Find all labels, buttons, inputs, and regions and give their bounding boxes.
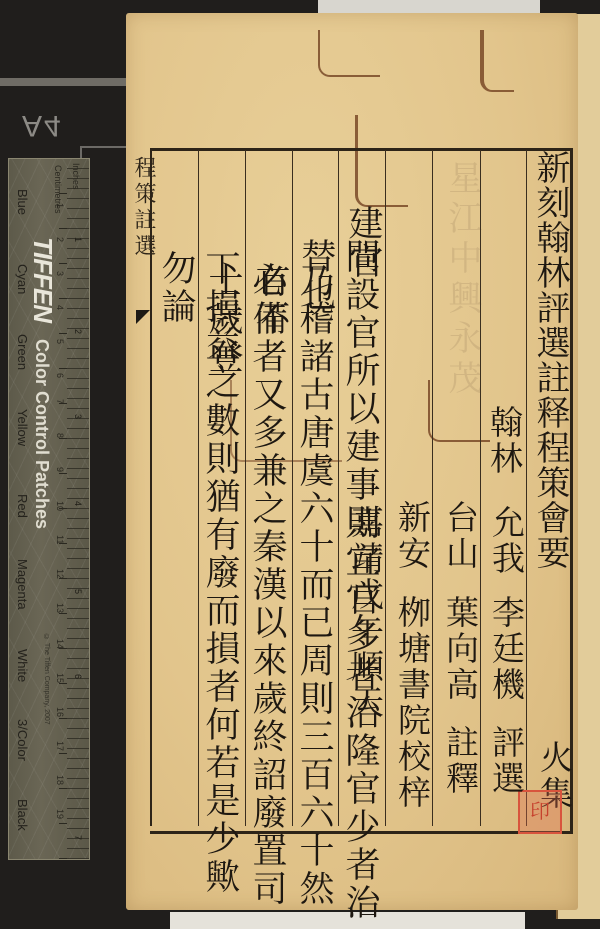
fold-edge-label: 程策註選: [128, 156, 159, 260]
publisher-place: 新安: [390, 500, 434, 572]
a4-label: A4: [22, 108, 63, 142]
cm-tick-19: 19: [55, 809, 65, 819]
cm-tick-9: 9: [55, 467, 65, 472]
patch-label-cyan: Cyan: [15, 264, 30, 294]
cm-tick-5: 5: [55, 339, 65, 344]
cm-tick-16: 16: [55, 707, 65, 717]
cm-tick-17: 17: [55, 741, 65, 751]
worm-damage: [480, 30, 514, 92]
cm-tick-14: 14: [55, 639, 65, 649]
annotator-courtesy-name: 台山: [438, 500, 482, 572]
inch-tick-3: 3: [73, 414, 83, 419]
tiffen-logo: TIFFEN: [27, 237, 58, 322]
patch-label-black: Black: [15, 799, 30, 831]
fish-tail-mark: [136, 310, 150, 324]
cm-tick-4: 4: [55, 305, 65, 310]
inch-tick-1: 1: [73, 237, 83, 242]
cm-tick-12: 12: [55, 569, 65, 579]
book-title: 新刻翰林評選註释程策會要: [528, 150, 572, 570]
inch-tick-5: 5: [73, 589, 83, 594]
inch-tick-4: 4: [73, 501, 83, 506]
cm-tick-7: 7: [55, 399, 65, 404]
cm-tick-1: 1: [55, 203, 65, 208]
cm-tick-13: 13: [55, 603, 65, 613]
cm-tick-10: 10: [55, 501, 65, 511]
editor-courtesy-name: 允我: [484, 505, 528, 577]
inch-unit-label: Inches: [71, 163, 81, 190]
worm-damage: [318, 30, 380, 77]
cm-tick-11: 11: [55, 535, 65, 544]
cm-tick-18: 18: [55, 775, 65, 785]
patch-label-magenta: Magenta: [15, 559, 30, 610]
cm-tick-15: 15: [55, 673, 65, 683]
tiffen-color-ruler: Centimetres Inches TIFFEN Color Control …: [8, 158, 90, 860]
ruler-copyright: © The Tiffen Company, 2007: [43, 634, 50, 725]
annotator-name: 葉向高: [438, 595, 482, 703]
patch-label-red: Red: [15, 494, 30, 518]
cm-tick-6: 6: [55, 373, 65, 378]
body-text-line-4: 下損益之數則猶有廢而損者何若是少歟勿論: [154, 250, 242, 929]
patch-label-3color: 3/Color: [15, 719, 30, 761]
cm-tick-2: 2: [55, 237, 65, 242]
inch-tick-2: 2: [73, 329, 83, 334]
inch-tick-6: 6: [73, 674, 83, 679]
cm-tick-8: 8: [55, 433, 65, 438]
inch-scale: [67, 159, 89, 859]
cm-tick-3: 3: [55, 271, 65, 276]
show-through-text: 星江中興永茂: [440, 160, 484, 400]
editor-name: 李廷機: [484, 595, 528, 703]
patch-label-yellow: Yellow: [15, 409, 30, 446]
ruler-subtitle: Color Control Patches: [31, 339, 52, 529]
patch-label-blue: Blue: [15, 189, 30, 215]
background-strip: [0, 78, 135, 86]
editor-role: 評選: [484, 725, 528, 797]
inch-tick-7: 7: [73, 835, 83, 840]
editor-title-hanlin: 翰林: [482, 405, 526, 477]
annotator-role: 註釋: [438, 725, 482, 797]
patch-label-white: White: [15, 649, 30, 682]
patch-label-green: Green: [15, 334, 30, 370]
column-rule: [385, 150, 386, 826]
publisher-name: 栁塘書院校梓: [390, 595, 434, 811]
